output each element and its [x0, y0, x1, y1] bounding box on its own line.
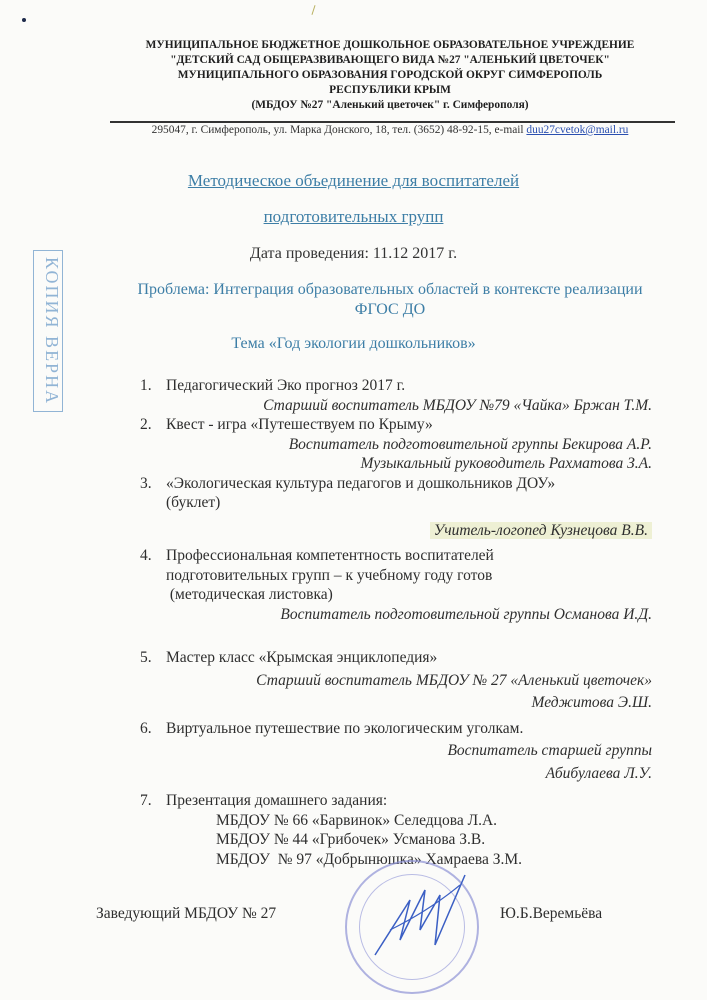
letterhead-divider	[110, 121, 675, 123]
theme: Тема «Год экологии дошкольников»	[0, 335, 707, 353]
item-speaker: Меджитова Э.Ш.	[166, 693, 652, 713]
scan-speck	[22, 18, 26, 22]
item-title: (методическая листовка)	[166, 585, 652, 605]
agenda-item: 3. «Экологическая культура педагогов и д…	[140, 474, 652, 541]
problem-line: ФГОС ДО	[100, 300, 680, 320]
item-number: 3.	[140, 474, 152, 494]
scan-mark	[311, 5, 315, 15]
signature-icon	[370, 870, 480, 970]
item-number: 7.	[140, 791, 152, 811]
agenda-list: 1. Педагогический Эко прогноз 2017 г. Ст…	[140, 376, 652, 869]
item-number: 1.	[140, 376, 152, 396]
agenda-item: 2. Квест - игра «Путешествуем по Крыму» …	[140, 415, 652, 474]
problem-line: Проблема: Интеграция образовательных обл…	[100, 280, 680, 300]
problem-statement: Проблема: Интеграция образовательных обл…	[100, 280, 680, 320]
signatory-name: Ю.Б.Веремьёва	[500, 905, 602, 923]
letterhead-line: МУНИЦИПАЛЬНОЕ БЮДЖЕТНОЕ ДОШКОЛЬНОЕ ОБРАЗ…	[100, 38, 680, 53]
letterhead-line: МУНИЦИПАЛЬНОГО ОБРАЗОВАНИЯ ГОРОДСКОЙ ОКР…	[100, 68, 680, 83]
item-speaker: Воспитатель подготовительной группы Беки…	[166, 435, 652, 455]
presenter: МБДОУ № 66 «Барвинок» Селедцова Л.А.	[166, 811, 652, 831]
item-title: Квест - игра «Путешествуем по Крыму»	[166, 415, 652, 435]
highlighted-speaker: Учитель-логопед Кузнецова В.В.	[430, 522, 652, 539]
item-speaker: Абибулаева Л.У.	[166, 764, 652, 784]
letterhead-line: (МБДОУ №27 "Аленький цветочек" г. Симфер…	[100, 98, 680, 113]
item-number: 4.	[140, 546, 152, 566]
item-title: Виртуальное путешествие по экологическим…	[166, 719, 652, 739]
email-link[interactable]: duu27cvetok@mail.ru	[526, 124, 628, 136]
address-line: 295047, г. Симферополь, ул. Марка Донско…	[100, 124, 680, 136]
letterhead-line: "ДЕТСКИЙ САД ОБЩЕРАЗВИВАЮЩЕГО ВИДА №27 "…	[100, 53, 680, 68]
agenda-item: 5. Мастер класс «Крымская энциклопедия» …	[140, 648, 652, 713]
item-title: подготовительных групп – к учебному году…	[166, 566, 652, 586]
meeting-date: Дата проведения: 11.12 2017 г.	[0, 245, 707, 263]
agenda-item: 6. Виртуальное путешествие по экологичес…	[140, 719, 652, 784]
item-speaker: Учитель-логопед Кузнецова В.В.	[166, 521, 652, 541]
letterhead-line: РЕСПУБЛИКИ КРЫМ	[100, 83, 680, 98]
agenda-item: 7. Презентация домашнего задания: МБДОУ …	[140, 791, 652, 869]
item-title: Презентация домашнего задания:	[166, 791, 652, 811]
letterhead: МУНИЦИПАЛЬНОЕ БЮДЖЕТНОЕ ДОШКОЛЬНОЕ ОБРАЗ…	[100, 38, 680, 113]
item-title: Профессиональная компетентность воспитат…	[166, 546, 652, 566]
item-speaker: Старший воспитатель МБДОУ № 27 «Аленький…	[166, 671, 652, 691]
item-number: 2.	[140, 415, 152, 435]
address-text: 295047, г. Симферополь, ул. Марка Донско…	[152, 124, 527, 136]
item-number: 5.	[140, 648, 152, 668]
item-number: 6.	[140, 719, 152, 739]
copy-certified-stamp: КОПИЯ ВЕРНА	[33, 250, 63, 412]
item-title: Мастер класс «Крымская энциклопедия»	[166, 648, 652, 668]
item-speaker: Воспитатель старшей группы	[166, 741, 652, 761]
item-speaker: Музыкальный руководитель Рахматова З.А.	[166, 454, 652, 474]
presenter: МБДОУ № 44 «Грибочек» Усманова З.В.	[166, 830, 652, 850]
signatory-position: Заведующий МБДОУ № 27	[96, 905, 276, 923]
doc-title-line2: подготовительных групп	[0, 207, 707, 227]
item-title: (буклет)	[166, 493, 652, 513]
item-speaker: Воспитатель подготовительной группы Осма…	[166, 605, 652, 625]
agenda-item: 4. Профессиональная компетентность воспи…	[140, 546, 652, 624]
item-speaker: Старший воспитатель МБДОУ №79 «Чайка» Бр…	[166, 396, 652, 416]
doc-title-line1: Методическое объединение для воспитателе…	[0, 171, 707, 191]
agenda-item: 1. Педагогический Эко прогноз 2017 г. Ст…	[140, 376, 652, 415]
spacer	[140, 624, 652, 643]
item-title: «Экологическая культура педагогов и дошк…	[166, 474, 652, 494]
item-title: Педагогический Эко прогноз 2017 г.	[166, 376, 652, 396]
